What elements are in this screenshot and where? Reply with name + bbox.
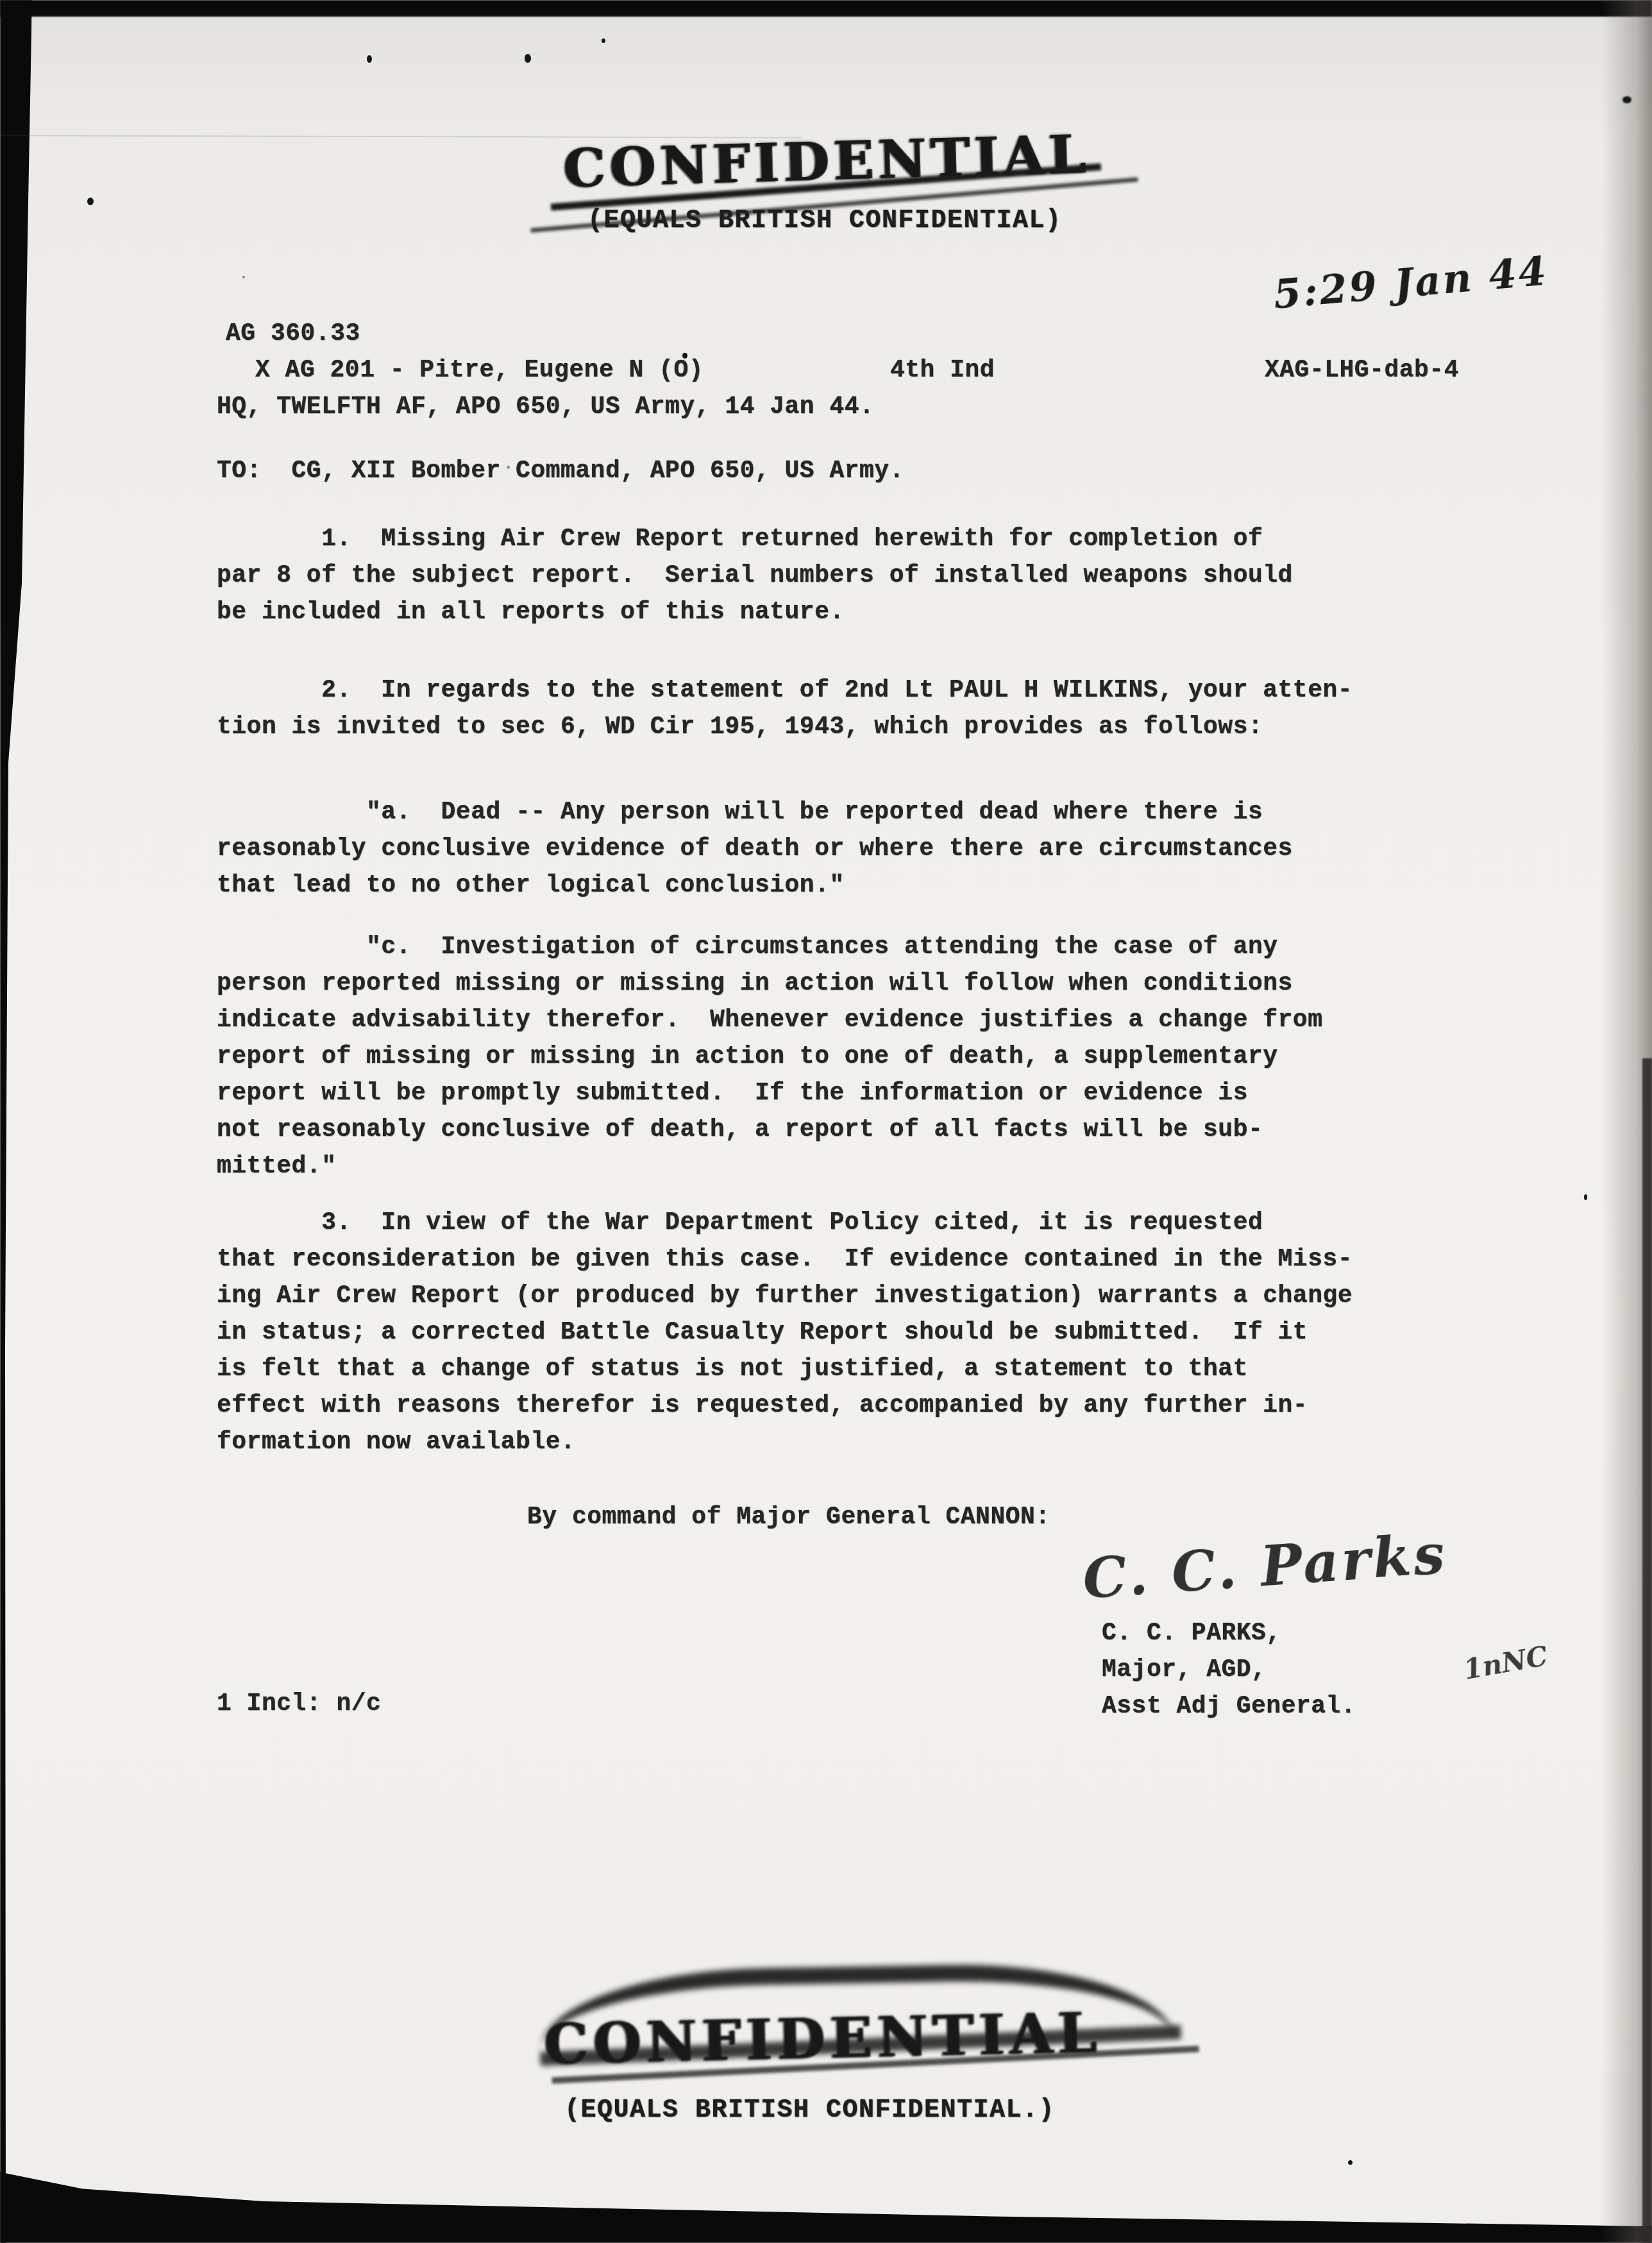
dust-speck: [1348, 2160, 1353, 2165]
quote-a: "a. Dead -- Any person will be reported …: [217, 794, 1293, 904]
paragraph-2: 2. In regards to the statement of 2nd Lt…: [217, 672, 1353, 745]
dust-speck: [602, 38, 605, 43]
dust-speck: [242, 276, 245, 278]
scan-edge-top: [0, 0, 1652, 17]
quote-c: "c. Investigation of circumstances atten…: [217, 929, 1322, 1185]
to-line: TO: CG, XII Bomber Command, APO 650, US …: [217, 453, 904, 489]
signature-rank: Major, AGD,: [1102, 1652, 1266, 1688]
paragraph-1: 1. Missing Air Crew Report returned here…: [217, 521, 1293, 631]
hq-line: HQ, TWELFTH AF, APO 650, US Army, 14 Jan…: [217, 389, 874, 425]
handwritten-date: 5:29 Jan 44: [1272, 247, 1550, 317]
scan-edge-bottom: [0, 2160, 1652, 2243]
paragraph-3: 3. In view of the War Department Policy …: [217, 1205, 1353, 1460]
dust-speck: [1622, 96, 1631, 103]
signature-title: Asst Adj General.: [1102, 1688, 1356, 1725]
stamp-subtitle-top: (EQUALS BRITISH CONFIDENTIAL): [587, 207, 1062, 235]
dust-speck: [525, 54, 531, 63]
enclosure-line: 1 Incl: n/c: [217, 1686, 381, 1722]
dust-speck: [87, 198, 94, 205]
scanned-document-page: CONFIDENTIAL (EQUALS BRITISH CONFIDENTIA…: [0, 0, 1652, 2243]
stamp-subtitle-bottom: (EQUALS BRITISH CONFIDENTIAL.): [564, 2096, 1055, 2125]
dust-speck: [367, 55, 372, 63]
signature-script: C. C. Parks: [1081, 1521, 1449, 1611]
indorsement-label: 4th Ind: [890, 352, 995, 389]
signature-margin-note: 1nNC: [1462, 1640, 1550, 1686]
dust-speck: [1584, 1194, 1587, 1200]
reference-line: X AG 201 - Pitre, Eugene N (O): [255, 352, 704, 389]
command-line: By command of Major General CANNON:: [527, 1499, 1050, 1536]
signature-name: C. C. PARKS,: [1102, 1615, 1281, 1652]
scan-edge-left: [0, 0, 32, 2243]
file-number: AG 360.33: [226, 316, 360, 352]
scan-shading-right: [1601, 0, 1652, 2243]
office-symbol: XAG-LHG-dab-4: [1265, 352, 1459, 389]
